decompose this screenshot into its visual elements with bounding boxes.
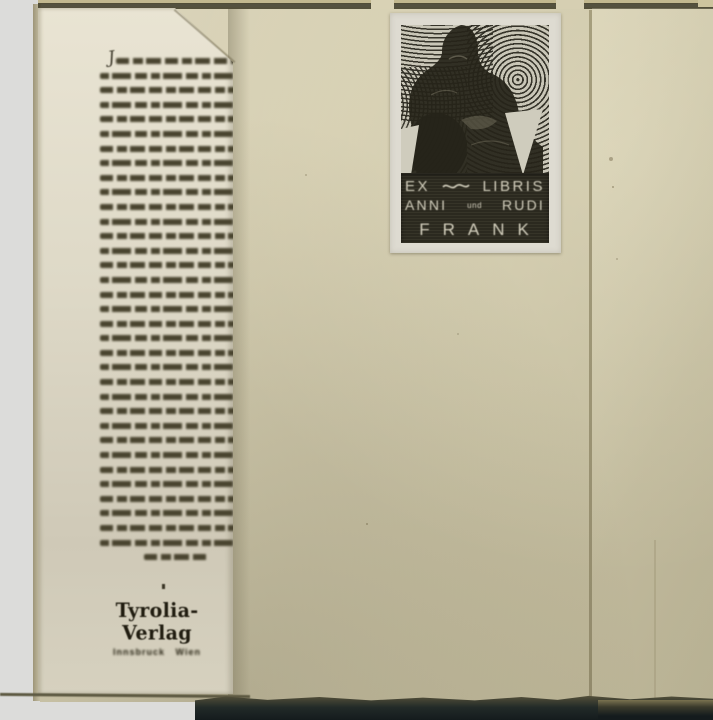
blurred-text-line bbox=[100, 116, 248, 122]
photo-of-open-book: J Tyrolia-Verlag Innsbruck Wien bbox=[0, 0, 713, 720]
lower-page-edge-line bbox=[654, 540, 656, 700]
blurred-text-line bbox=[100, 306, 249, 312]
blurred-text-line bbox=[100, 496, 251, 502]
separator-mark bbox=[162, 584, 165, 589]
blurred-text-line bbox=[100, 437, 245, 443]
blurred-text-line bbox=[100, 204, 246, 210]
blurred-text-line bbox=[100, 394, 248, 400]
bookplate-lettering: EX LIBRIS ANNI und RUDI FRANK bbox=[401, 175, 549, 242]
publisher-imprint: Innsbruck Wien bbox=[82, 647, 232, 657]
dust-jacket-flap: J Tyrolia-Verlag Innsbruck Wien bbox=[38, 8, 233, 694]
ex-label: EX bbox=[405, 178, 430, 195]
und-label: und bbox=[467, 201, 482, 210]
publisher-block: Tyrolia-Verlag Innsbruck Wien bbox=[82, 600, 232, 657]
blurred-text-line bbox=[116, 58, 243, 64]
blurred-text-line bbox=[100, 219, 249, 225]
blurred-text-line bbox=[100, 510, 248, 516]
flourish-squiggle bbox=[442, 182, 470, 191]
blurred-text-line bbox=[100, 262, 251, 268]
libris-label: LIBRIS bbox=[482, 178, 545, 195]
blurred-text-line bbox=[100, 452, 249, 458]
blurred-text-line bbox=[100, 146, 249, 152]
blurred-text-line bbox=[100, 189, 251, 195]
top-edge-notch bbox=[371, 0, 394, 9]
blurred-text-line bbox=[100, 525, 245, 531]
book-bottom-shadow-right bbox=[598, 700, 713, 720]
ex-libris-line: EX LIBRIS bbox=[401, 175, 549, 197]
blurred-text-line bbox=[100, 467, 248, 473]
blurred-text-line bbox=[100, 481, 246, 487]
frank-label: FRANK bbox=[401, 218, 549, 242]
woodcut-illustration: EX LIBRIS ANNI und RUDI FRANK bbox=[401, 25, 549, 243]
blurred-text-line bbox=[100, 87, 246, 93]
paper-specks bbox=[0, 0, 2, 2]
ex-libris-bookplate: EX LIBRIS ANNI und RUDI FRANK bbox=[390, 13, 561, 253]
rudi-label: RUDI bbox=[502, 197, 545, 213]
top-edge-notch bbox=[698, 0, 713, 7]
blurred-text-line bbox=[100, 335, 245, 341]
blurred-text-line bbox=[100, 408, 251, 414]
blurred-text-line bbox=[100, 321, 251, 327]
publisher-name: Tyrolia-Verlag bbox=[82, 599, 232, 645]
blurred-text-line bbox=[100, 102, 251, 108]
blurred-text-line bbox=[100, 423, 246, 429]
blurred-text-line bbox=[100, 379, 249, 385]
blurred-text-line bbox=[100, 175, 248, 181]
blurred-text-line bbox=[100, 73, 249, 79]
blurb-paragraph-illegible bbox=[100, 58, 251, 569]
blurred-text-line bbox=[100, 160, 245, 166]
blurred-text-line bbox=[100, 233, 248, 239]
blurred-text-line bbox=[100, 364, 246, 370]
blurred-text-line bbox=[100, 131, 246, 137]
right-leaf-surface bbox=[592, 8, 713, 702]
blurred-text-line bbox=[100, 292, 246, 298]
blurred-text-line bbox=[144, 554, 207, 560]
blurred-text-line bbox=[100, 277, 248, 283]
blurred-text-line bbox=[100, 248, 245, 254]
blurred-text-line bbox=[100, 540, 236, 546]
anni-label: ANNI bbox=[405, 197, 447, 213]
top-edge-notch bbox=[556, 0, 584, 9]
owner-names-line: ANNI und RUDI bbox=[401, 197, 549, 218]
blurred-text-line bbox=[100, 350, 248, 356]
